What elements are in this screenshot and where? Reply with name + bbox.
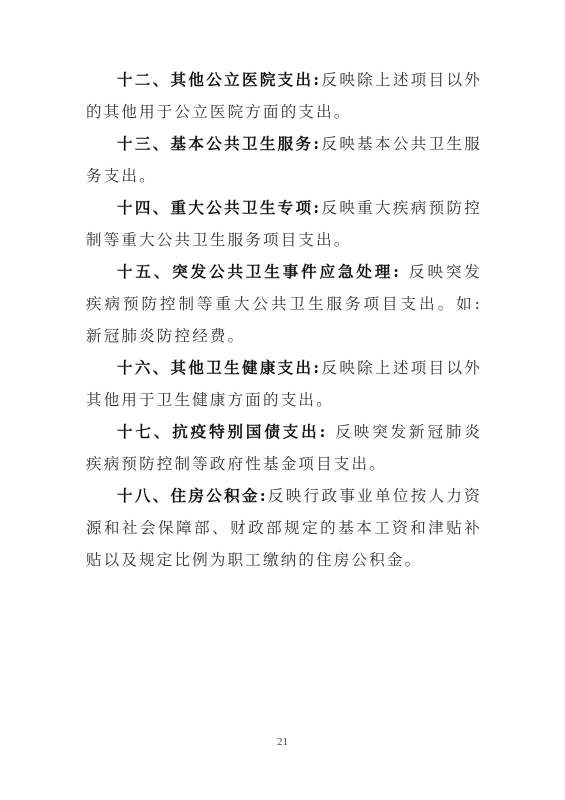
item-term: 十七、抗疫特别国债支出: — [117, 422, 328, 441]
document-body: 十二、其他公立医院支出:反映除上述项目以外的其他用于公立医院方面的支出。 十三、… — [86, 64, 482, 576]
item-term: 十六、其他卫生健康支出: — [117, 358, 321, 377]
paragraph-item-18: 十八、住房公积金:反映行政事业单位按人力资源和社会保障部、财政部规定的基本工资和… — [86, 480, 482, 576]
paragraph-item-16: 十六、其他卫生健康支出:反映除上述项目以外其他用于卫生健康方面的支出。 — [86, 352, 482, 416]
item-term: 十五、突发公共卫生事件应急处理: — [117, 262, 401, 281]
item-term: 十三、基本公共卫生服务: — [117, 134, 321, 153]
paragraph-item-12: 十二、其他公立医院支出:反映除上述项目以外的其他用于公立医院方面的支出。 — [86, 64, 482, 128]
paragraph-item-15: 十五、突发公共卫生事件应急处理: 反映突发疾病预防控制等重大公共卫生服务项目支出… — [86, 256, 482, 352]
item-term: 十八、住房公积金: — [117, 486, 268, 505]
paragraph-item-17: 十七、抗疫特别国债支出: 反映突发新冠肺炎疾病预防控制等政府性基金项目支出。 — [86, 416, 482, 480]
paragraph-item-13: 十三、基本公共卫生服务:反映基本公共卫生服务支出。 — [86, 128, 482, 192]
page-number: 21 — [0, 736, 565, 748]
item-term: 十二、其他公立医院支出: — [117, 70, 321, 89]
item-term: 十四、重大公共卫生专项: — [117, 198, 321, 217]
paragraph-item-14: 十四、重大公共卫生专项:反映重大疾病预防控制等重大公共卫生服务项目支出。 — [86, 192, 482, 256]
